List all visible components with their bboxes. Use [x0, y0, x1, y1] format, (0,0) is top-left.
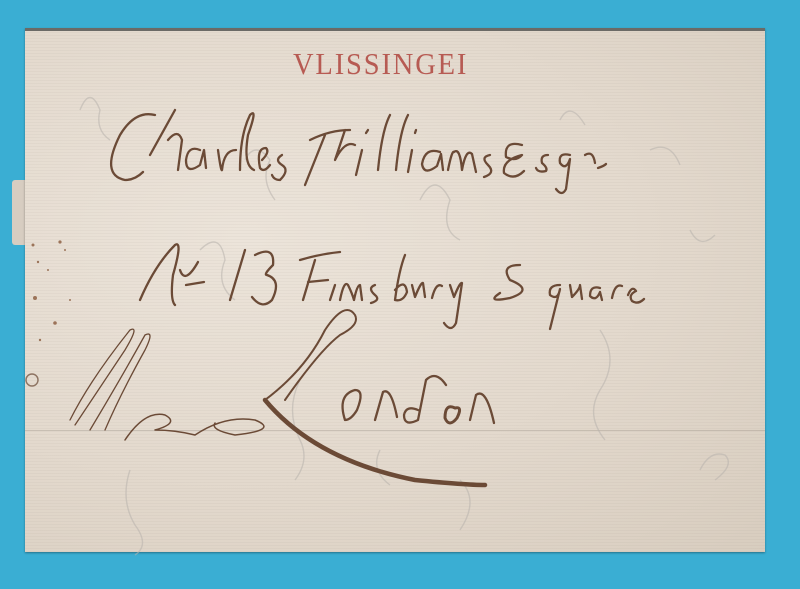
handwritten-address [0, 0, 800, 589]
